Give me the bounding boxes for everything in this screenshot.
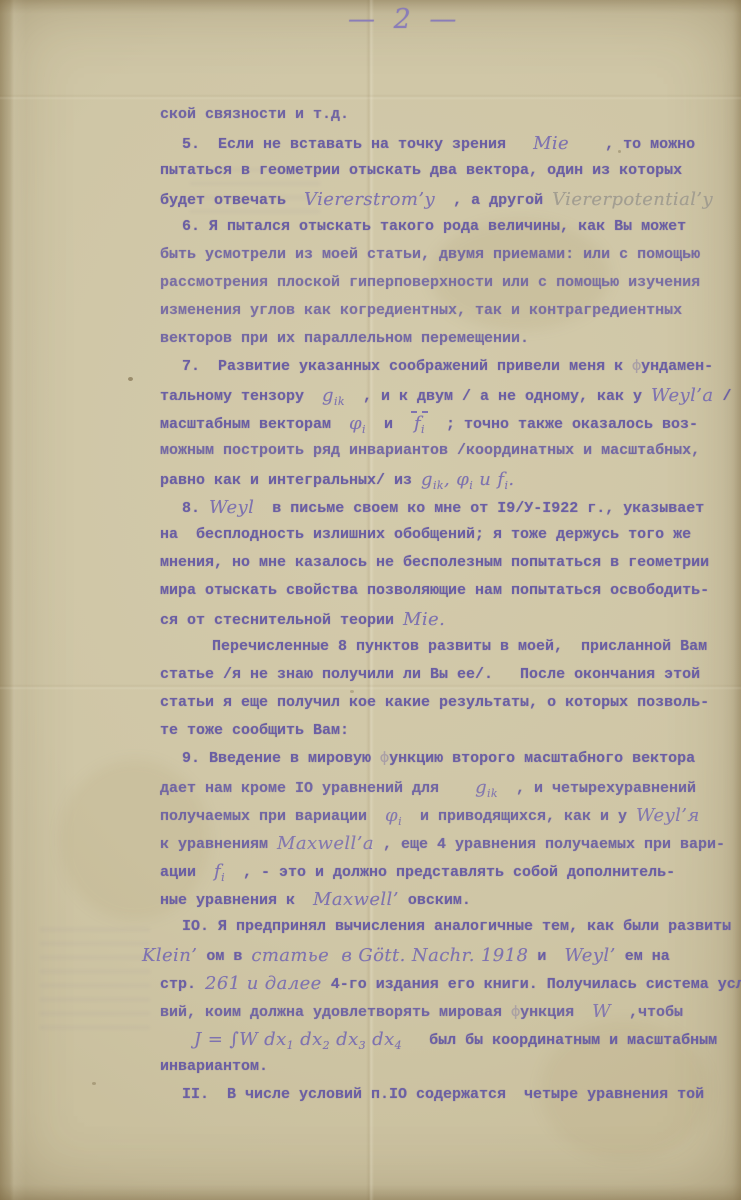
text-line: Klein’ ом в статье в Gött. Nachr. 1918 и…: [142, 941, 741, 969]
typed-text: II. В числе условий п.IO содержатся четы…: [182, 1086, 704, 1103]
text-line: статье /я не знаю получили ли Вы ее/. По…: [160, 661, 741, 689]
handwritten-text: φi: [385, 805, 402, 826]
typed-text: овским.: [399, 892, 471, 909]
typed-text: ,чтобы: [611, 1004, 683, 1021]
typed-text: 7. Развитие указанных соображений привел…: [182, 358, 632, 375]
typed-text: 9. Введение в мировую: [182, 750, 380, 767]
typed-text: ся от стеснительной теории: [160, 612, 403, 629]
typed-text: ундамен-: [641, 358, 713, 375]
handwritten-text: φi: [349, 413, 366, 434]
text-line: рассмотрения плоской гиперповерхности ил…: [160, 269, 741, 297]
text-line: стр. 261 и далее 4-го издания его книги.…: [160, 969, 741, 997]
typed-text: ом в: [197, 948, 251, 965]
typed-text: /: [713, 388, 731, 405]
typewritten-text-block: ской связности и т.д.5. Если не вставать…: [160, 101, 741, 1109]
typed-text: ации: [160, 864, 214, 881]
scanned-letter-page: { "page": { "number_label": "— 2 —" }, "…: [0, 0, 741, 1200]
typed-text: , и к двум / а не одному, как у: [345, 388, 651, 405]
typed-text: ф: [632, 358, 641, 375]
handwritten-text: Mie: [533, 133, 569, 154]
typed-text: тальному тензору: [160, 388, 322, 405]
text-line: быть усмотрели из моей статьи, двумя при…: [160, 241, 741, 269]
typed-text: те тоже сообщить Вам:: [160, 722, 349, 739]
typed-text: к уравнениям: [160, 836, 277, 853]
typed-text: ; точно также оказалось воз-: [428, 416, 698, 433]
text-line: вий, коим должна удовлетворять мировая ф…: [160, 997, 741, 1025]
typed-text: ункция: [520, 1004, 592, 1021]
handwritten-text: Weyl’я: [636, 805, 700, 826]
text-line: ся от стеснительной теории Mie.: [160, 605, 741, 633]
typed-text: , еще 4 уравнения получаемых при вари-: [374, 836, 725, 853]
typed-text: статье /я не знаю получили ли Вы ее/. По…: [160, 666, 700, 683]
typed-text: , - это и должно представлять собой допо…: [225, 864, 675, 881]
text-line: J = ∫W dx1 dx2 dx3 dx4 был бы координатн…: [160, 1025, 741, 1053]
handwritten-text: .: [508, 469, 514, 490]
typed-text: инвариантом.: [160, 1058, 268, 1075]
text-line: инвариантом.: [160, 1053, 741, 1081]
typed-text: векторов при их параллельном перемещении…: [160, 330, 529, 347]
handwritten-text: Viererstrom’y: [304, 189, 435, 210]
typed-text: , а другой: [435, 192, 552, 209]
typed-text: 8.: [182, 500, 209, 517]
typed-text: 5. Если не вставать на точку зрения: [182, 136, 533, 153]
typed-text: ской связности и т.д.: [160, 106, 349, 123]
text-line: тальному тензору gik , и к двум / а не о…: [160, 381, 741, 409]
text-line: ской связности и т.д.: [160, 101, 741, 129]
text-line: 7. Развитие указанных соображений привел…: [160, 353, 741, 381]
text-line: изменения углов как когредиентных, так и…: [160, 297, 741, 325]
text-line: ные уравнения к Maxwell’ овским.: [160, 885, 741, 913]
typed-text: IO. Я предпринял вычисления аналогичные …: [182, 918, 731, 935]
typed-text: ем на: [616, 948, 670, 965]
handwritten-text: Viererpotential’y: [552, 189, 713, 210]
text-line: 6. Я пытался отыскать такого рода величи…: [160, 213, 741, 241]
text-line: дает нам кроме IO уравнений для gik , и …: [160, 773, 741, 801]
typed-text: и приводящихся, как и у: [402, 808, 636, 825]
handwritten-text: gik: [421, 469, 444, 490]
typed-text: пытаться в геометрии отыскать два вектор…: [160, 162, 682, 179]
typed-text: и: [366, 416, 411, 433]
typed-text: ные уравнения к: [160, 892, 313, 909]
typed-text: мира отыскать свойства позволяющие нам п…: [160, 582, 709, 599]
text-line: Перечисленные 8 пунктов развиты в моей, …: [160, 633, 741, 661]
handwritten-text: 261 и далее: [205, 973, 322, 994]
typed-text: масштабным векторам: [160, 416, 349, 433]
handwritten-text: gik: [322, 385, 345, 406]
typed-text: вий, коим должна удовлетворять мировая: [160, 1004, 511, 1021]
typed-text: получаемых при вариации: [160, 808, 385, 825]
typed-text: равно как и интегральных/ из: [160, 472, 421, 489]
text-line: II. В числе условий п.IO содержатся четы…: [160, 1081, 741, 1109]
typed-text: Перечисленные 8 пунктов развиты в моей, …: [212, 638, 707, 655]
typed-text: в письме своем ко мне от I9/У-I922 г., у…: [254, 500, 704, 517]
typed-text: ункцию второго масштабного вектора: [389, 750, 695, 767]
handwritten-text: Mie.: [403, 609, 445, 630]
text-line: 8. Weyl в письме своем ко мне от I9/У-I9…: [160, 493, 741, 521]
handwritten-text: gik: [475, 777, 498, 798]
text-line: к уравнениям Maxwell’а , еще 4 уравнения…: [160, 829, 741, 857]
text-line: равно как и интегральных/ из gik, φi и f…: [160, 465, 741, 493]
handwritten-text: статье в Gött. Nachr. 1918: [251, 945, 528, 966]
text-line: статьи я еще получил кое какие результат…: [160, 689, 741, 717]
typed-text: дает нам кроме IO уравнений для: [160, 780, 475, 797]
typed-text: , то можно: [569, 136, 695, 153]
typed-text: 4-го издания его книги. Получилась систе…: [322, 976, 741, 993]
handwritten-text: dx3: [330, 1029, 366, 1050]
text-line: можным построить ряд инвариантов /коорди…: [160, 437, 741, 465]
handwritten-text: Maxwell’: [313, 889, 399, 910]
text-line: векторов при их параллельном перемещении…: [160, 325, 741, 353]
handwritten-text: dx4: [366, 1029, 402, 1050]
typed-text: на бесплодность излишних обобщений; я то…: [160, 526, 691, 543]
text-line: на бесплодность излишних обобщений; я то…: [160, 521, 741, 549]
typed-text: ф: [511, 1004, 520, 1021]
text-line: пытаться в геометрии отыскать два вектор…: [160, 157, 741, 185]
handwritten-text: fi: [214, 861, 225, 882]
typed-text: будет отвечать: [160, 192, 304, 209]
typed-text: ф: [380, 750, 389, 767]
handwritten-text: Klein’: [142, 945, 197, 966]
typed-text: был бы координатным и масштабным: [402, 1032, 717, 1049]
text-line: мнения, но мне казалось не бесполезным п…: [160, 549, 741, 577]
handwritten-text: dx2: [294, 1029, 330, 1050]
handwritten-text: и fi: [473, 469, 508, 490]
page-number: — 2 —: [348, 4, 461, 35]
typed-text: мнения, но мне казалось не бесполезным п…: [160, 554, 709, 571]
handwritten-text: Weyl’: [564, 945, 615, 966]
typed-text: быть усмотрели из моей статьи, двумя при…: [160, 246, 700, 263]
typed-text: 6. Я пытался отыскать такого рода величи…: [182, 218, 686, 235]
handwritten-text: W: [592, 1001, 611, 1022]
typed-text: можным построить ряд инвариантов /коорди…: [160, 442, 700, 459]
text-line: те тоже сообщить Вам:: [160, 717, 741, 745]
handwritten-text: Weyl: [209, 497, 254, 518]
typed-text: изменения углов как когредиентных, так и…: [160, 302, 682, 319]
typed-text: , и четырехуравнений: [498, 780, 696, 797]
text-line: мира отыскать свойства позволяющие нам п…: [160, 577, 741, 605]
handwritten-text: Maxwell’а: [277, 833, 374, 854]
handwritten-text: Weyl’a: [651, 385, 713, 406]
text-line: масштабным векторам φi и fi ; точно такж…: [160, 409, 741, 437]
typed-text: рассмотрения плоской гиперповерхности ил…: [160, 274, 700, 291]
text-line: получаемых при вариации φi и приводящихс…: [160, 801, 741, 829]
text-line: ации fi , - это и должно представлять со…: [160, 857, 741, 885]
handwritten-text: J = ∫W dx1: [194, 1029, 294, 1050]
text-line: будет отвечать Viererstrom’y , а другой …: [160, 185, 741, 213]
typed-text: статьи я еще получил кое какие результат…: [160, 694, 709, 711]
text-line: 9. Введение в мировую функцию второго ма…: [160, 745, 741, 773]
text-line: IO. Я предпринял вычисления аналогичные …: [160, 913, 741, 941]
handwritten-text: , φi: [444, 469, 473, 490]
typed-text: стр.: [160, 976, 205, 993]
text-line: 5. Если не вставать на точку зрения Mie …: [160, 129, 741, 157]
typed-text: и: [528, 948, 564, 965]
